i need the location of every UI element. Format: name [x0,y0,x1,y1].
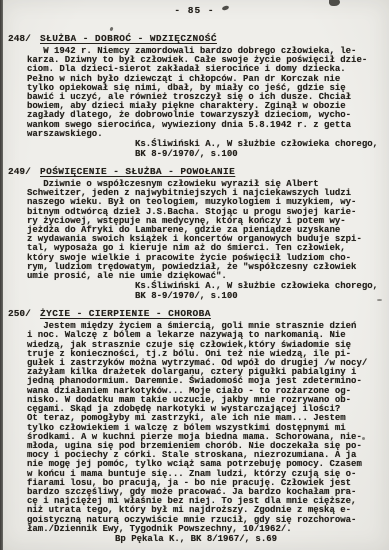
entry-title: ŻYCIE - CIERPIENIE - CHOROBA [40,308,211,319]
entry-body-text: W 1942 r. Niemcy zamordowali bardzo dobr… [27,47,375,139]
entry-number: 249/ [8,167,31,177]
entry-body-text: Dziwnie o współczesnym człowieku wyraził… [27,180,375,281]
entry-250: 250/ ŻYCIE - CIERPIENIE - CHOROBA Jestem… [0,309,389,544]
entry-heading: 248/ SŁUŻBA - DOBROĆ - WDZIĘCZNOŚĆ [0,34,389,44]
entry-body-text: Jestem między życiem a śmiercią, goli mn… [27,322,375,534]
entry-249: 249/ POŚWIĘCENIE - SŁUŻBA - POWOŁANIE Dz… [0,167,389,301]
entry-attribution: Ks.Śliwiński A., W służbie człowieka cho… [135,282,389,301]
entry-attribution: Ks.Śliwiński A., W służbie człowieka cho… [135,140,389,159]
entry-number: 248/ [8,34,31,44]
scan-smudge [109,27,113,32]
entry-title: POŚWIĘCENIE - SŁUŻBA - POWOŁANIE [40,166,235,177]
entry-heading: 250/ ŻYCIE - CIERPIENIE - CHOROBA [0,309,389,319]
entry-heading: 249/ POŚWIĘCENIE - SŁUŻBA - POWOŁANIE [0,167,389,177]
entry-attribution: Bp Pękala K., BK 8/1967/, s.69 [115,535,389,545]
entry-248: 248/ SŁUŻBA - DOBROĆ - WDZIĘCZNOŚĆ W 194… [0,34,389,159]
page-number: - 85 - [0,6,389,16]
entry-title: SŁUŻBA - DOBROĆ - WDZIĘCZNOŚĆ [40,33,217,44]
scanned-document-page: - 85 - 248/ SŁUŻBA - DOBROĆ - WDZIĘCZNOŚ… [0,0,389,550]
entry-number: 250/ [8,309,31,319]
